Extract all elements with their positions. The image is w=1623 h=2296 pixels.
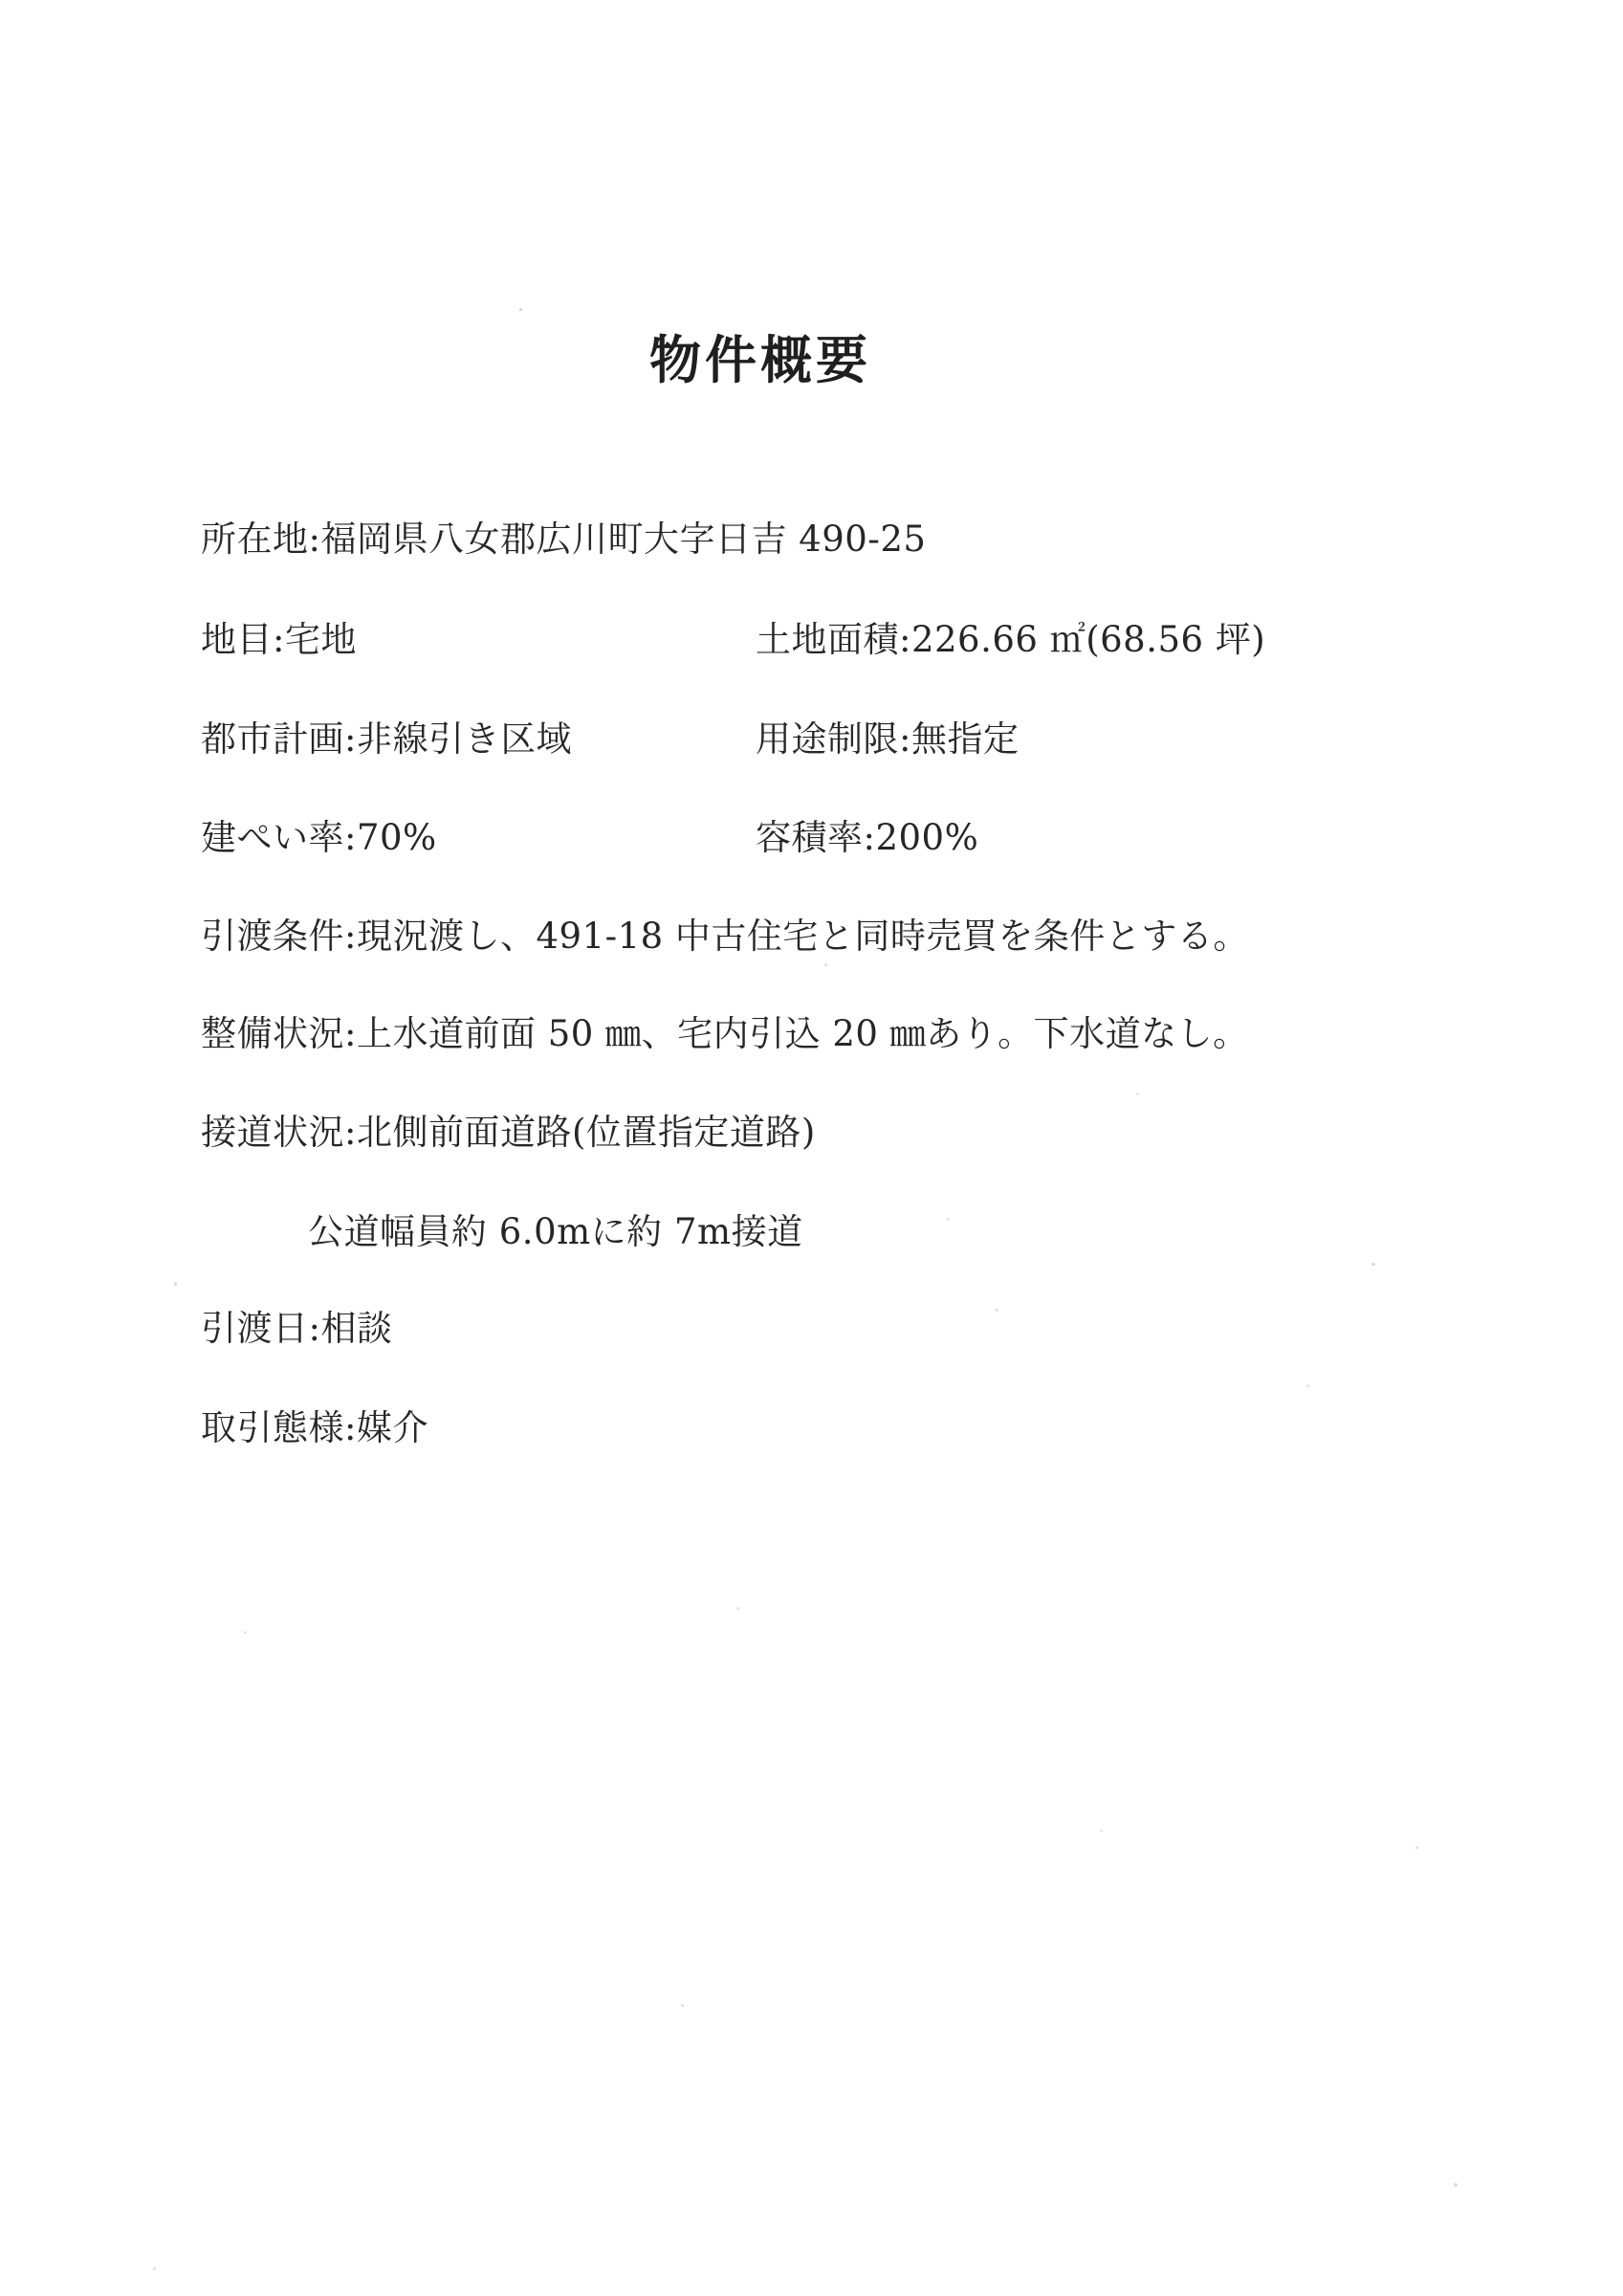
- field-use-restriction: 用途制限:無指定: [756, 719, 1019, 761]
- field-land-area: 土地面積:226.66 ㎡(68.56 坪): [756, 620, 1265, 661]
- field-transaction-type: 取引態様:媒介: [0, 1408, 1623, 1454]
- field-road-access-detail: 公道幅員約 6.0mに約 7m接道: [0, 1212, 1623, 1258]
- scan-speck: [174, 1282, 177, 1286]
- scan-speck: [995, 1309, 998, 1312]
- scan-speck: [1371, 1263, 1375, 1266]
- document-page: 物件概要 所在地:福岡県八女郡広川町大字日吉 490-25 地目:宅地 土地面積…: [0, 0, 1623, 2296]
- field-floor-area-ratio: 容積率:200%: [756, 818, 978, 859]
- scan-speck: [1454, 2183, 1458, 2187]
- field-location: 所在地:福岡県八女郡広川町大字日吉 490-25: [0, 519, 1623, 565]
- scan-speck: [1415, 1846, 1418, 1849]
- field-road-access-text: 接道状況:北側前面道路(位置指定道路): [201, 1113, 816, 1154]
- scan-speck: [1100, 1829, 1103, 1832]
- field-handover-date: 引渡日:相談: [0, 1309, 1623, 1355]
- field-ratio-row: 建ぺい率:70% 容積率:200%: [0, 818, 1623, 864]
- field-land-category: 地目:宅地: [201, 620, 357, 661]
- scan-speck: [824, 963, 827, 966]
- field-building-coverage-ratio: 建ぺい率:70%: [201, 818, 437, 859]
- scan-speck: [1306, 1384, 1309, 1387]
- scan-speck: [1136, 1093, 1139, 1095]
- field-city-planning: 都市計画:非線引き区域: [201, 719, 572, 761]
- field-handover-conditions-text: 引渡条件:現況渡し、491-18 中古住宅と同時売買を条件とする。: [201, 916, 1249, 958]
- scan-speck: [681, 2004, 684, 2007]
- scan-speck: [153, 2267, 156, 2270]
- field-handover-conditions: 引渡条件:現況渡し、491-18 中古住宅と同時売買を条件とする。: [0, 916, 1623, 962]
- page-title: 物件概要: [201, 329, 1320, 391]
- field-land-row: 地目:宅地 土地面積:226.66 ㎡(68.56 坪): [0, 620, 1623, 666]
- scan-speck: [947, 1218, 950, 1221]
- field-infrastructure-text: 整備状況:上水道前面 50 ㎜、宅内引込 20 ㎜あり。下水道なし。: [201, 1014, 1249, 1055]
- field-transaction-type-text: 取引態様:媒介: [201, 1408, 428, 1449]
- field-road-access: 接道状況:北側前面道路(位置指定道路): [0, 1113, 1623, 1159]
- field-infrastructure: 整備状況:上水道前面 50 ㎜、宅内引込 20 ㎜あり。下水道なし。: [0, 1014, 1623, 1060]
- field-road-access-detail-text: 公道幅員約 6.0mに約 7m接道: [308, 1212, 803, 1253]
- field-handover-date-text: 引渡日:相談: [201, 1309, 392, 1350]
- field-planning-row: 都市計画:非線引き区域 用途制限:無指定: [0, 719, 1623, 765]
- scan-speck: [736, 1607, 739, 1610]
- scan-speck: [519, 308, 522, 311]
- field-location-text: 所在地:福岡県八女郡広川町大字日吉 490-25: [201, 519, 926, 561]
- scan-speck: [244, 1631, 247, 1634]
- scan-speck: [664, 1126, 667, 1129]
